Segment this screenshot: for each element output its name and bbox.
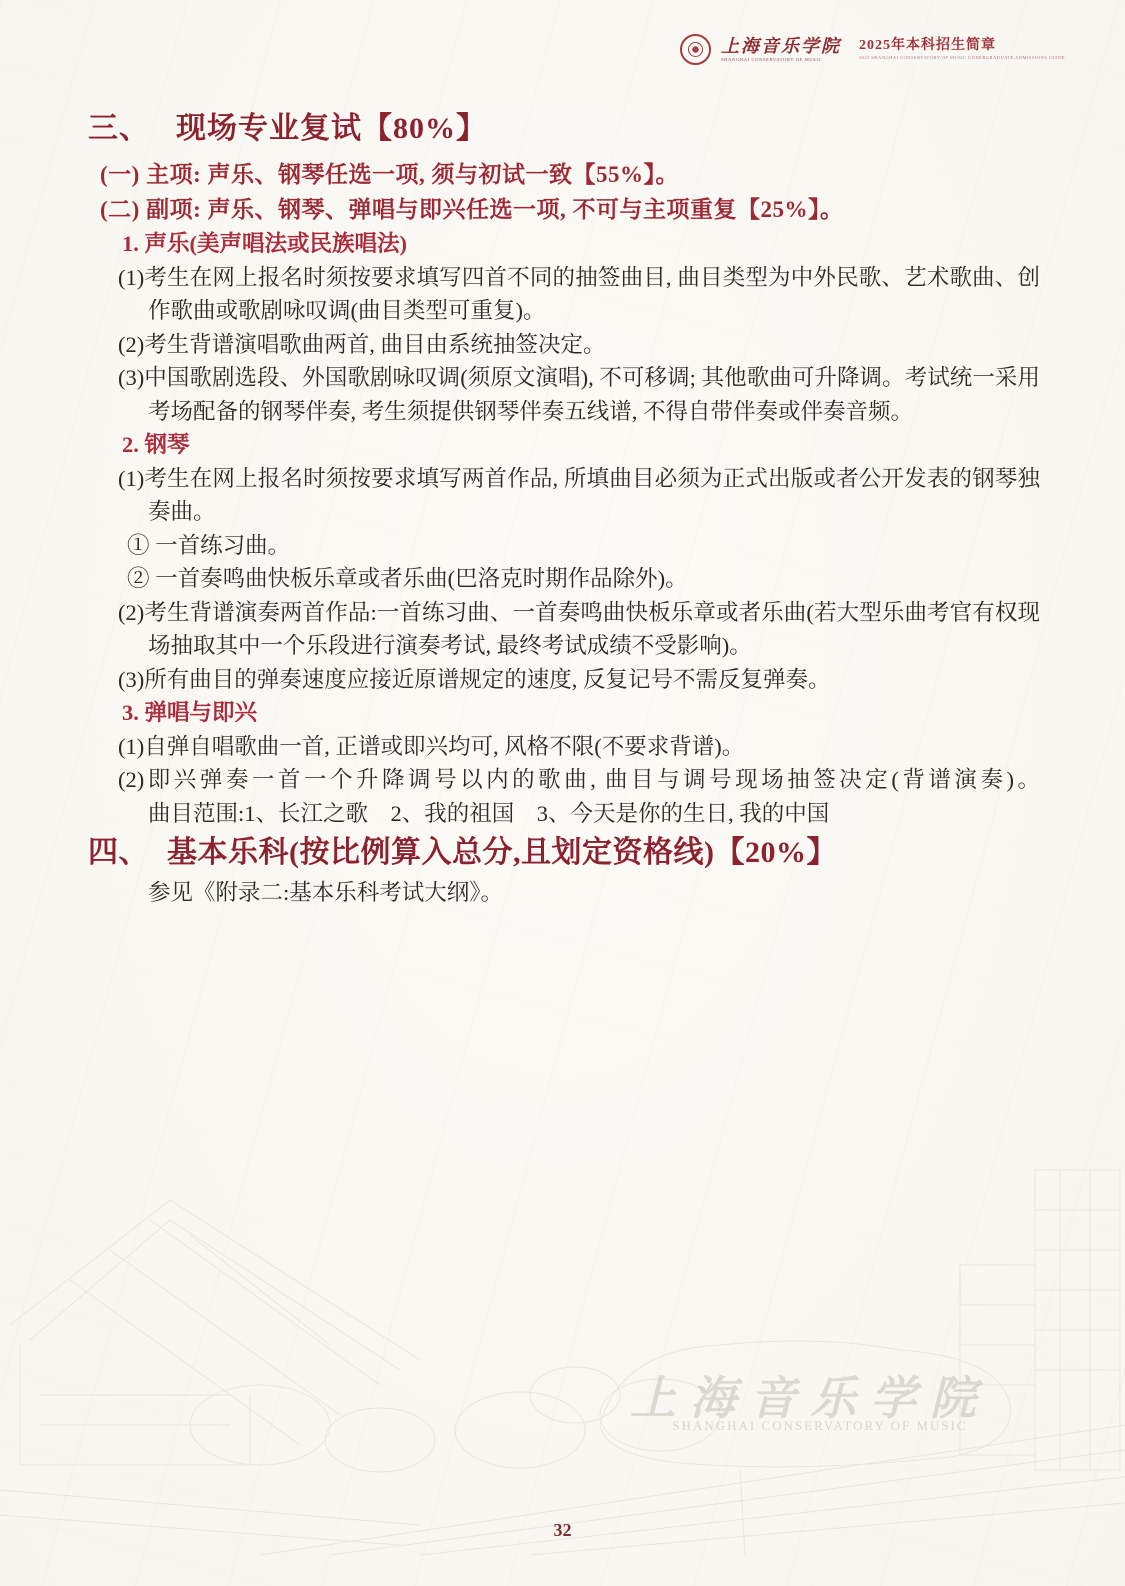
subsection1-paragraph: (3)中国歌剧选段、外国歌剧咏叹调(须原文演唱), 不可移调; 其他歌曲可升降调… (118, 361, 1040, 428)
page-header: 上海音乐学院 SHANGHAI CONSERVATORY OF MUSIC 20… (680, 34, 1065, 65)
subsection1-paragraph: (2)考生背谱演唱歌曲两首, 曲目由系统抽签决定。 (118, 328, 1040, 362)
conservatory-logo: 上海音乐学院 SHANGHAI CONSERVATORY OF MUSIC (721, 37, 841, 63)
section3-heading: 三、 现场专业复试【80%】 (88, 110, 1040, 148)
subsection3-song-range: 曲目范围:1、长江之歌 2、我的祖国 3、今天是你的生日, 我的中国 (148, 797, 1040, 831)
conservatory-name-cn: 上海音乐学院 (721, 37, 841, 55)
subsection2-heading: 2. 钢琴 (122, 428, 1040, 462)
subsection3-paragraph: (1)自弹自唱歌曲一首, 正谱或即兴均可, 风格不限(不要求背谱)。 (118, 730, 1040, 764)
page-number: 32 (0, 1520, 1125, 1541)
section4-reference: 参见《附录二:基本乐科考试大纲》。 (148, 874, 1040, 912)
seal-glyph-icon (688, 42, 703, 57)
edition-subtitle: 2025 SHANGHAI CONSERVATORY OF MUSIC UNDE… (859, 56, 1065, 61)
section4-title: 基本乐科(按比例算入总分,且划定资格线)【20%】 (167, 832, 837, 874)
subsection3-paragraph: (2)即兴弹奏一首一个升降调号以内的歌曲, 曲目与调号现场抽签决定(背谱演奏)。 (118, 763, 1040, 797)
section3-item-secondary: (二) 副项: 声乐、钢琴、弹唱与即兴任选一项, 不可与主项重复【25%】。 (100, 192, 1040, 227)
subsection1-heading: 1. 声乐(美声唱法或民族唱法) (122, 227, 1040, 261)
subsection2-paragraph: (1)考生在网上报名时须按要求填写两首作品, 所填曲目必须为正式出版或者公开发表… (118, 462, 1040, 529)
section4-number: 四、 (88, 832, 149, 874)
conservatory-seal-icon (680, 34, 711, 65)
section3-number: 三、 (88, 110, 150, 148)
section4-heading: 四、 基本乐科(按比例算入总分,且划定资格线)【20%】 (88, 832, 1040, 874)
subsection2-list-item: ② 一首奏鸣曲快板乐章或者乐曲(巴洛克时期作品除外)。 (127, 562, 1040, 596)
watermark-text-en: SHANGHAI CONSERVATORY OF MUSIC (640, 1418, 1000, 1434)
subsection2-paragraph: (2)考生背谱演奏两首作品:一首练习曲、一首奏鸣曲快板乐章或者乐曲(若大型乐曲考… (118, 596, 1040, 663)
edition-title: 2025年本科招生简章 (859, 39, 1065, 53)
subsection3-heading: 3. 弹唱与即兴 (122, 696, 1040, 730)
brochure-page: { "header": { "logo": { "cn_name": "上海音乐… (0, 0, 1125, 1586)
campus-sketch-watermark (0, 1095, 1125, 1555)
edition-block: 2025年本科招生简章 2025 SHANGHAI CONSERVATORY O… (859, 39, 1065, 61)
subsection1-paragraph: (1)考生在网上报名时须按要求填写四首不同的抽签曲目, 曲目类型为中外民歌、艺术… (118, 261, 1040, 328)
subsection2-list-item: ① 一首练习曲。 (127, 529, 1040, 563)
section3-title: 现场专业复试【80%】 (176, 110, 487, 148)
main-content: 三、 现场专业复试【80%】 (一) 主项: 声乐、钢琴任选一项, 须与初试一致… (88, 110, 1040, 912)
subsection2-paragraph: (3)所有曲目的弹奏速度应接近原谱规定的速度, 反复记号不需反复弹奏。 (118, 663, 1040, 697)
conservatory-name-en: SHANGHAI CONSERVATORY OF MUSIC (721, 58, 841, 63)
section3-item-main: (一) 主项: 声乐、钢琴任选一项, 须与初试一致【55%】。 (100, 157, 1040, 192)
